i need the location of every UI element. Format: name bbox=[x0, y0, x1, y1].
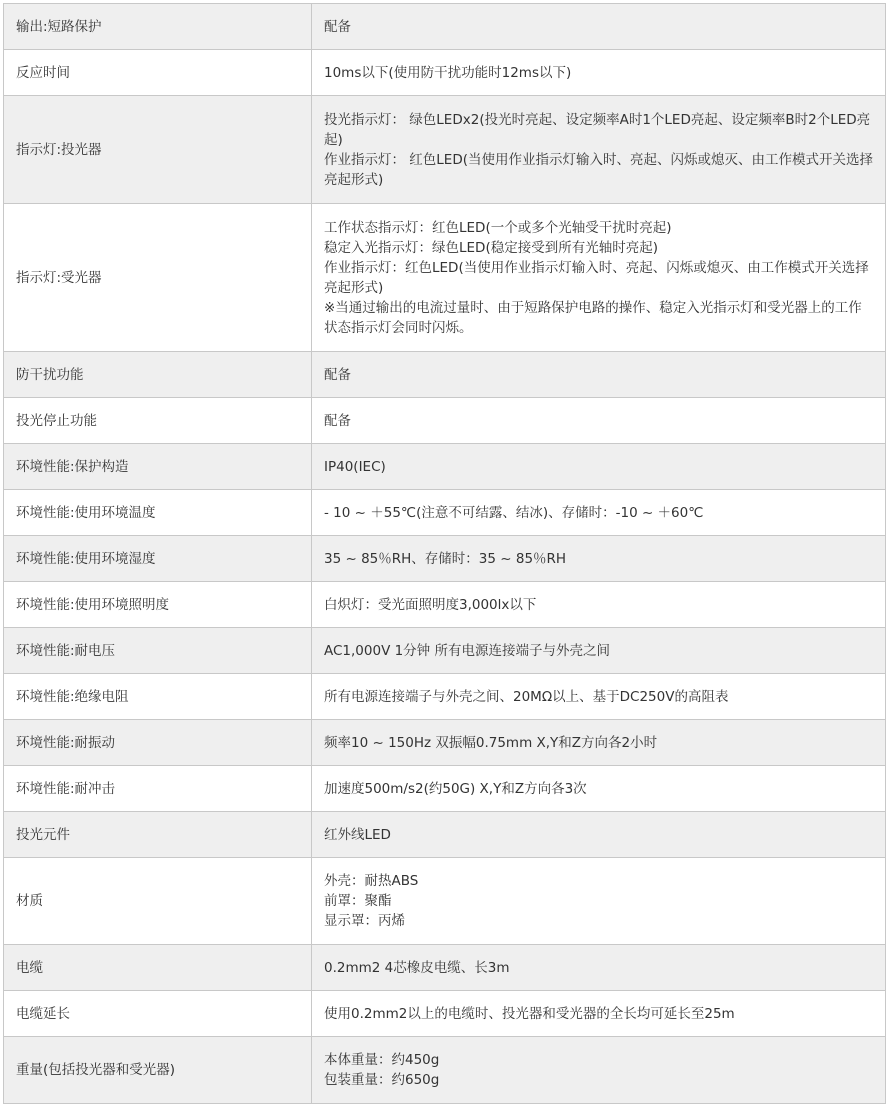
table-row: 投光停止功能配备 bbox=[4, 398, 886, 444]
spec-value-line: 作业指示灯：红色LED(当使用作业指示灯输入时、亮起、闪烁或熄灭、由工作模式开关… bbox=[324, 258, 873, 298]
spec-value-cell: 配备 bbox=[312, 352, 886, 398]
spec-label-cell: 投光停止功能 bbox=[4, 398, 312, 444]
table-row: 环境性能:使用环境温度 - 10 ~ ＋55℃(注意不可结露、结冰)、存储时：-… bbox=[4, 490, 886, 536]
spec-value-line: 稳定入光指示灯：绿色LED(稳定接受到所有光轴时亮起) bbox=[324, 238, 873, 258]
spec-label-cell: 环境性能:绝缘电阻 bbox=[4, 674, 312, 720]
spec-value-line: 使用0.2mm2以上的电缆时、投光器和受光器的全长均可延长至25m bbox=[324, 1004, 873, 1024]
spec-label-cell: 环境性能:使用环境温度 bbox=[4, 490, 312, 536]
spec-value-cell: 所有电源连接端子与外壳之间、20MΩ以上、基于DC250V的高阻表 bbox=[312, 674, 886, 720]
table-row: 电缆0.2mm2 4芯橡皮电缆、长3m bbox=[4, 945, 886, 991]
table-row: 环境性能:耐冲击加速度500m/s2(约50G) X,Y和Z方向各3次 bbox=[4, 766, 886, 812]
spec-value-cell: IP40(IEC) bbox=[312, 444, 886, 490]
table-row: 指示灯:受光器工作状态指示灯：红色LED(一个或多个光轴受干扰时亮起)稳定入光指… bbox=[4, 204, 886, 352]
spec-label-cell: 投光元件 bbox=[4, 812, 312, 858]
spec-value-line: - 10 ~ ＋55℃(注意不可结露、结冰)、存储时：-10 ~ ＋60℃ bbox=[324, 503, 873, 523]
spec-value-line: 前罩：聚酯 bbox=[324, 891, 873, 911]
table-row: 环境性能:使用环境照明度白炽灯：受光面照明度3,000lx以下 bbox=[4, 582, 886, 628]
spec-value-line: 工作状态指示灯：红色LED(一个或多个光轴受干扰时亮起) bbox=[324, 218, 873, 238]
spec-value-cell: 红外线LED bbox=[312, 812, 886, 858]
spec-label-cell: 电缆延长 bbox=[4, 991, 312, 1037]
spec-value-line: 配备 bbox=[324, 411, 873, 431]
spec-value-line: 频率10 ~ 150Hz 双振幅0.75mm X,Y和Z方向各2小时 bbox=[324, 733, 873, 753]
spec-value-cell: 外壳：耐热ABS前罩：聚酯显示罩：丙烯 bbox=[312, 858, 886, 945]
table-row: 材质外壳：耐热ABS前罩：聚酯显示罩：丙烯 bbox=[4, 858, 886, 945]
spec-label-cell: 环境性能:使用环境湿度 bbox=[4, 536, 312, 582]
spec-value-line: 外壳：耐热ABS bbox=[324, 871, 873, 891]
table-row: 重量(包括投光器和受光器)本体重量：约450g包装重量：约650g bbox=[4, 1037, 886, 1104]
spec-label-cell: 反应时间 bbox=[4, 50, 312, 96]
spec-label-cell: 环境性能:使用环境照明度 bbox=[4, 582, 312, 628]
table-row: 投光元件红外线LED bbox=[4, 812, 886, 858]
spec-value-line: 显示罩：丙烯 bbox=[324, 911, 873, 931]
spec-label-cell: 指示灯:投光器 bbox=[4, 96, 312, 204]
spec-value-line: AC1,000V 1分钟 所有电源连接端子与外壳之间 bbox=[324, 641, 873, 661]
spec-value-line: 作业指示灯： 红色LED(当使用作业指示灯输入时、亮起、闪烁或熄灭、由工作模式开… bbox=[324, 150, 873, 190]
spec-value-cell: 频率10 ~ 150Hz 双振幅0.75mm X,Y和Z方向各2小时 bbox=[312, 720, 886, 766]
spec-label-cell: 输出:短路保护 bbox=[4, 4, 312, 50]
spec-label-cell: 重量(包括投光器和受光器) bbox=[4, 1037, 312, 1104]
spec-value-line: 0.2mm2 4芯橡皮电缆、长3m bbox=[324, 958, 873, 978]
spec-value-line: 白炽灯：受光面照明度3,000lx以下 bbox=[324, 595, 873, 615]
spec-value-cell: 10ms以下(使用防干扰功能时12ms以下) bbox=[312, 50, 886, 96]
spec-value-line: 红外线LED bbox=[324, 825, 873, 845]
table-row: 环境性能:保护构造IP40(IEC) bbox=[4, 444, 886, 490]
table-row: 环境性能:使用环境湿度35 ~ 85％RH、存储时：35 ~ 85％RH bbox=[4, 536, 886, 582]
spec-label-cell: 材质 bbox=[4, 858, 312, 945]
spec-value-line: IP40(IEC) bbox=[324, 457, 873, 477]
spec-value-cell: 35 ~ 85％RH、存储时：35 ~ 85％RH bbox=[312, 536, 886, 582]
spec-value-line: 10ms以下(使用防干扰功能时12ms以下) bbox=[324, 63, 873, 83]
spec-value-cell: 工作状态指示灯：红色LED(一个或多个光轴受干扰时亮起)稳定入光指示灯：绿色LE… bbox=[312, 204, 886, 352]
table-row: 输出:短路保护配备 bbox=[4, 4, 886, 50]
spec-label-cell: 指示灯:受光器 bbox=[4, 204, 312, 352]
spec-value-cell: 本体重量：约450g包装重量：约650g bbox=[312, 1037, 886, 1104]
spec-label-cell: 环境性能:保护构造 bbox=[4, 444, 312, 490]
spec-value-line: ※当通过输出的电流过量时、由于短路保护电路的操作、稳定入光指示灯和受光器上的工作… bbox=[324, 298, 873, 338]
spec-table-body: 输出:短路保护配备反应时间10ms以下(使用防干扰功能时12ms以下)指示灯:投… bbox=[4, 4, 886, 1104]
spec-value-line: 包装重量：约650g bbox=[324, 1070, 873, 1090]
spec-value-cell: 0.2mm2 4芯橡皮电缆、长3m bbox=[312, 945, 886, 991]
spec-value-line: 投光指示灯： 绿色LEDx2(投光时亮起、设定频率A时1个LED亮起、设定频率B… bbox=[324, 110, 873, 150]
table-row: 环境性能:耐电压AC1,000V 1分钟 所有电源连接端子与外壳之间 bbox=[4, 628, 886, 674]
spec-value-line: 加速度500m/s2(约50G) X,Y和Z方向各3次 bbox=[324, 779, 873, 799]
spec-value-cell: 使用0.2mm2以上的电缆时、投光器和受光器的全长均可延长至25m bbox=[312, 991, 886, 1037]
spec-label-cell: 电缆 bbox=[4, 945, 312, 991]
table-row: 环境性能:绝缘电阻所有电源连接端子与外壳之间、20MΩ以上、基于DC250V的高… bbox=[4, 674, 886, 720]
spec-value-cell: - 10 ~ ＋55℃(注意不可结露、结冰)、存储时：-10 ~ ＋60℃ bbox=[312, 490, 886, 536]
spec-value-cell: AC1,000V 1分钟 所有电源连接端子与外壳之间 bbox=[312, 628, 886, 674]
spec-value-line: 所有电源连接端子与外壳之间、20MΩ以上、基于DC250V的高阻表 bbox=[324, 687, 873, 707]
spec-value-line: 本体重量：约450g bbox=[324, 1050, 873, 1070]
spec-table: 输出:短路保护配备反应时间10ms以下(使用防干扰功能时12ms以下)指示灯:投… bbox=[3, 3, 886, 1104]
table-row: 指示灯:投光器投光指示灯： 绿色LEDx2(投光时亮起、设定频率A时1个LED亮… bbox=[4, 96, 886, 204]
table-row: 环境性能:耐振动频率10 ~ 150Hz 双振幅0.75mm X,Y和Z方向各2… bbox=[4, 720, 886, 766]
spec-value-line: 配备 bbox=[324, 17, 873, 37]
spec-value-cell: 白炽灯：受光面照明度3,000lx以下 bbox=[312, 582, 886, 628]
table-row: 电缆延长使用0.2mm2以上的电缆时、投光器和受光器的全长均可延长至25m bbox=[4, 991, 886, 1037]
spec-value-cell: 配备 bbox=[312, 398, 886, 444]
table-row: 防干扰功能配备 bbox=[4, 352, 886, 398]
spec-value-cell: 加速度500m/s2(约50G) X,Y和Z方向各3次 bbox=[312, 766, 886, 812]
spec-value-line: 配备 bbox=[324, 365, 873, 385]
spec-label-cell: 环境性能:耐振动 bbox=[4, 720, 312, 766]
spec-label-cell: 环境性能:耐电压 bbox=[4, 628, 312, 674]
spec-label-cell: 防干扰功能 bbox=[4, 352, 312, 398]
spec-value-cell: 投光指示灯： 绿色LEDx2(投光时亮起、设定频率A时1个LED亮起、设定频率B… bbox=[312, 96, 886, 204]
spec-value-line: 35 ~ 85％RH、存储时：35 ~ 85％RH bbox=[324, 549, 873, 569]
spec-value-cell: 配备 bbox=[312, 4, 886, 50]
spec-label-cell: 环境性能:耐冲击 bbox=[4, 766, 312, 812]
table-row: 反应时间10ms以下(使用防干扰功能时12ms以下) bbox=[4, 50, 886, 96]
